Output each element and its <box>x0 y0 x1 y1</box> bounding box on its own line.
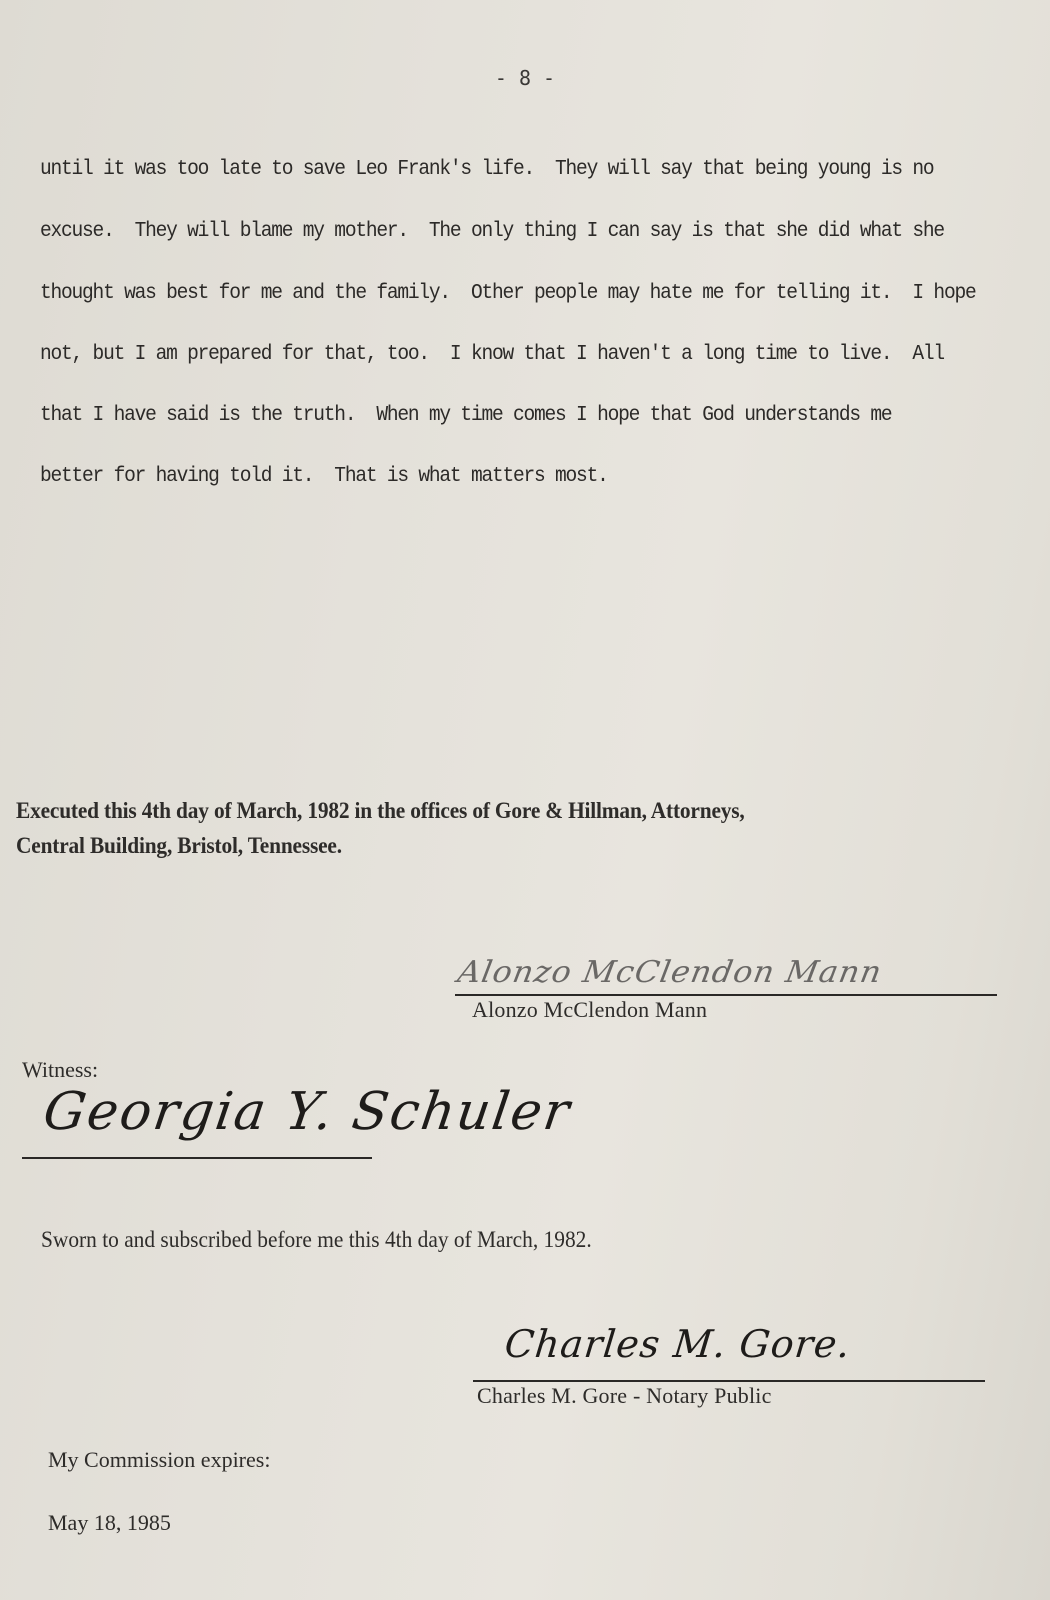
jurat-statement: Sworn to and subscribed before me this 4… <box>41 1227 592 1253</box>
witness-signature-line <box>22 1157 372 1159</box>
document-page: - 8 - until it was too late to save Leo … <box>0 0 1050 1600</box>
body-line: not, but I am prepared for that, too. I … <box>40 343 944 366</box>
page-number: - 8 - <box>0 66 1050 90</box>
execution-line-1: Executed this 4th day of March, 1982 in … <box>16 798 745 824</box>
notary-signature: Charles M. Gore. <box>503 1322 853 1366</box>
body-line: thought was best for me and the family. … <box>40 282 975 305</box>
notary-signature-line <box>473 1380 985 1382</box>
witness-label: Witness: <box>22 1057 98 1083</box>
body-line: until it was too late to save Leo Frank'… <box>40 158 933 181</box>
witness-signature: Georgia Y. Schuler <box>40 1082 575 1142</box>
commission-label: My Commission expires: <box>48 1447 270 1473</box>
body-line: excuse. They will blame my mother. The o… <box>40 220 944 243</box>
body-line: that I have said is the truth. When my t… <box>40 404 891 427</box>
commission-expiry-date: May 18, 1985 <box>48 1510 171 1536</box>
execution-line-2: Central Building, Bristol, Tennessee. <box>16 833 342 859</box>
affiant-name: Alonzo McClendon Mann <box>472 997 707 1023</box>
affiant-signature-line <box>455 994 997 996</box>
notary-name: Charles M. Gore - Notary Public <box>477 1383 772 1409</box>
body-line: better for having told it. That is what … <box>40 465 608 488</box>
affiant-signature: Alonzo McClendon Mann <box>455 955 885 990</box>
